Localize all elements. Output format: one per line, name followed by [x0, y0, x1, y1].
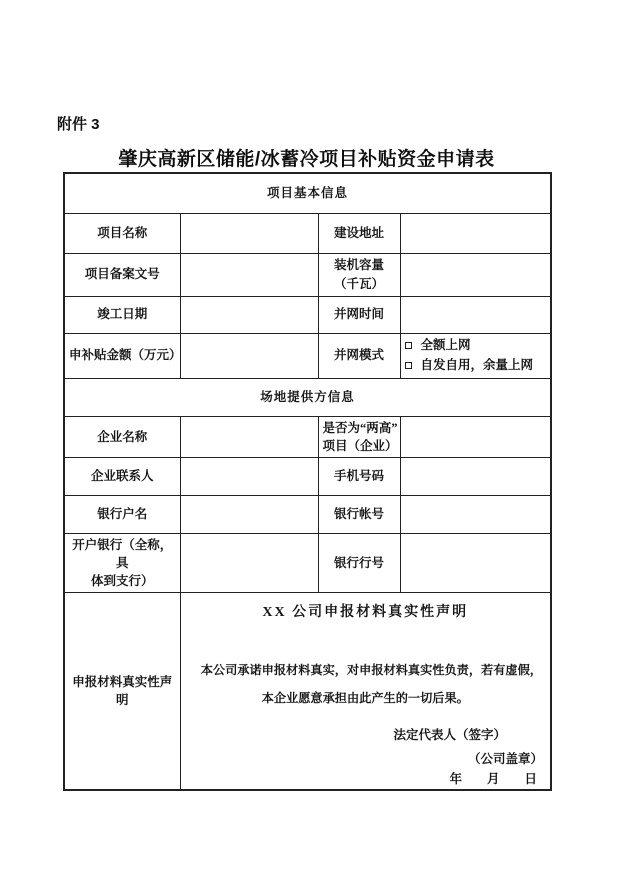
label-project-filing-number: 项目备案文号: [64, 253, 180, 296]
declaration-body-line: 本公司承诺申报材料真实，对申报材料真实性负责，若有虚假，: [185, 656, 547, 684]
label-two-high-project: 是否为“两高” 项目（企业）: [318, 416, 400, 457]
page-title: 肇庆高新区储能/冰蓄冷项目补贴资金申请表: [63, 144, 550, 171]
label-mobile-number: 手机号码: [318, 457, 400, 495]
label-bank-account-name: 银行户名: [64, 495, 180, 533]
company-seal-line: （公司盖章）: [185, 751, 547, 767]
checkbox-icon[interactable]: [405, 362, 412, 369]
field-subsidy-amount[interactable]: [180, 333, 318, 378]
declaration-body-line: 本企业愿意承担由此产生的一切后果。: [185, 684, 547, 712]
label-company-name: 企业名称: [64, 416, 180, 457]
application-form-table: 项目基本信息 项目名称 建设地址 项目备案文号 装机容量 （千瓦） 竣工日期 并…: [63, 172, 552, 791]
field-installed-capacity[interactable]: [400, 253, 551, 296]
label-construction-address: 建设地址: [318, 213, 400, 253]
declaration-title: XX 公司申报材料真实性声明: [185, 603, 547, 623]
label-subsidy-amount: 申补贴金额（万元）: [64, 333, 180, 378]
field-mobile-number[interactable]: [400, 457, 551, 495]
label-installed-capacity: 装机容量 （千瓦）: [318, 253, 400, 296]
date-line: 年 月 日: [185, 771, 547, 787]
label-company-contact: 企业联系人: [64, 457, 180, 495]
attachment-label: 附件 3: [57, 113, 100, 134]
field-company-name[interactable]: [180, 416, 318, 457]
declaration-content: XX 公司申报材料真实性声明 本公司承诺申报材料真实，对申报材料真实性负责，若有…: [180, 593, 551, 791]
legal-representative-signature-line: 法定代表人（签字）: [185, 727, 547, 743]
label-bank-account-number: 银行帐号: [318, 495, 400, 533]
label-grid-connection-time: 并网时间: [318, 296, 400, 333]
label-completion-date: 竣工日期: [64, 296, 180, 333]
grid-mode-options: 全额上网 自发自用，余量上网: [400, 333, 551, 378]
field-bank-account-number[interactable]: [400, 495, 551, 533]
field-company-contact[interactable]: [180, 457, 318, 495]
option-self-use-surplus-feed[interactable]: 自发自用，余量上网: [405, 356, 547, 376]
field-project-filing-number[interactable]: [180, 253, 318, 296]
label-project-name: 项目名称: [64, 213, 180, 253]
option-label: 全额上网: [421, 336, 471, 354]
section-header-site-provider-info: 场地提供方信息: [64, 378, 551, 416]
declaration-body: 本公司承诺申报材料真实，对申报材料真实性负责，若有虚假， 本企业愿意承担由此产生…: [185, 656, 547, 712]
label-opening-bank: 开户银行（全称，具 体到支行）: [64, 533, 180, 592]
field-grid-connection-time[interactable]: [400, 296, 551, 333]
label-bank-branch-number: 银行行号: [318, 533, 400, 592]
field-construction-address[interactable]: [400, 213, 551, 253]
label-declaration: 申报材料真实性声 明: [64, 593, 180, 791]
field-bank-branch-number[interactable]: [400, 533, 551, 592]
field-opening-bank[interactable]: [180, 533, 318, 592]
field-two-high-project[interactable]: [400, 416, 551, 457]
checkbox-icon[interactable]: [405, 342, 412, 349]
field-bank-account-name[interactable]: [180, 495, 318, 533]
option-full-grid-feed[interactable]: 全额上网: [405, 336, 547, 356]
section-header-project-basic-info: 项目基本信息: [64, 173, 551, 213]
field-completion-date[interactable]: [180, 296, 318, 333]
field-project-name[interactable]: [180, 213, 318, 253]
option-label: 自发自用，余量上网: [421, 356, 534, 374]
label-grid-mode: 并网模式: [318, 333, 400, 378]
